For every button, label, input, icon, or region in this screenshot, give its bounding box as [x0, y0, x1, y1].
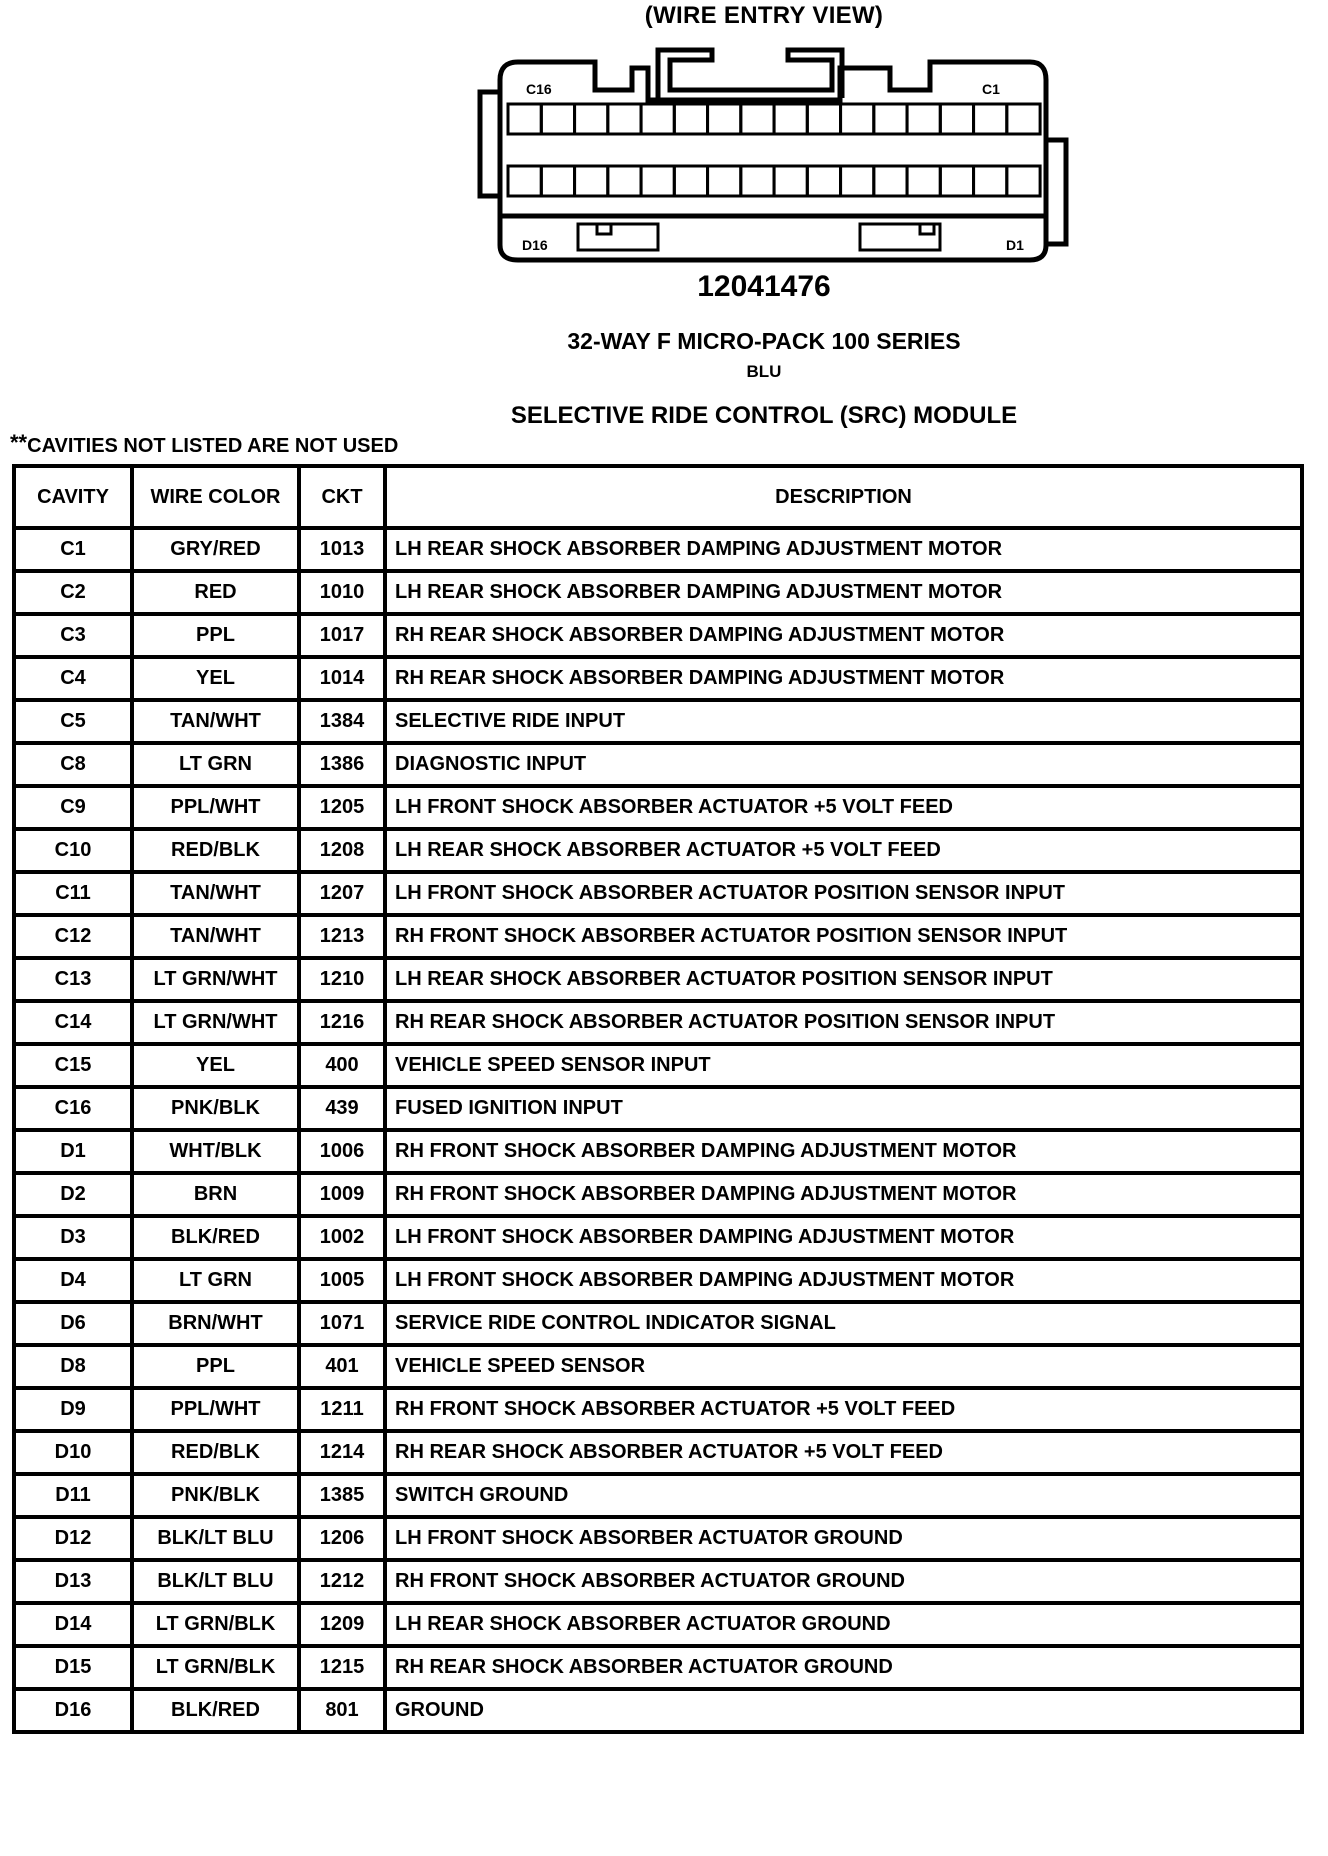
- cell-ckt: 1384: [299, 700, 385, 743]
- table-row: C4YEL1014RH REAR SHOCK ABSORBER DAMPING …: [14, 657, 1302, 700]
- cell-cavity: C9: [14, 786, 132, 829]
- label-d16: D16: [522, 237, 548, 253]
- table-row: D6BRN/WHT1071SERVICE RIDE CONTROL INDICA…: [14, 1302, 1302, 1345]
- note-asterisks: **: [10, 430, 27, 455]
- col-header-description: DESCRIPTION: [385, 466, 1302, 528]
- col-header-cavity: CAVITY: [14, 466, 132, 528]
- cell-description: LH FRONT SHOCK ABSORBER ACTUATOR POSITIO…: [385, 872, 1302, 915]
- cell-cavity: C8: [14, 743, 132, 786]
- cell-cavity: C12: [14, 915, 132, 958]
- cell-description: SWITCH GROUND: [385, 1474, 1302, 1517]
- cell-description: FUSED IGNITION INPUT: [385, 1087, 1302, 1130]
- cell-cavity: C11: [14, 872, 132, 915]
- cell-cavity: C15: [14, 1044, 132, 1087]
- cell-cavity: D4: [14, 1259, 132, 1302]
- cell-cavity: C5: [14, 700, 132, 743]
- cell-wire-color: BRN/WHT: [132, 1302, 299, 1345]
- cell-wire-color: BLK/LT BLU: [132, 1517, 299, 1560]
- label-d1: D1: [1006, 237, 1024, 253]
- table-row: D4LT GRN1005LH FRONT SHOCK ABSORBER DAMP…: [14, 1259, 1302, 1302]
- cell-ckt: 1215: [299, 1646, 385, 1689]
- cell-ckt: 400: [299, 1044, 385, 1087]
- cell-ckt: 1005: [299, 1259, 385, 1302]
- cell-wire-color: TAN/WHT: [132, 700, 299, 743]
- table-row: C11TAN/WHT1207LH FRONT SHOCK ABSORBER AC…: [14, 872, 1302, 915]
- cell-wire-color: LT GRN/WHT: [132, 1001, 299, 1044]
- table-row: D13BLK/LT BLU1212RH FRONT SHOCK ABSORBER…: [14, 1560, 1302, 1603]
- cell-description: LH REAR SHOCK ABSORBER ACTUATOR +5 VOLT …: [385, 829, 1302, 872]
- cell-cavity: C3: [14, 614, 132, 657]
- cell-cavity: D14: [14, 1603, 132, 1646]
- cell-ckt: 1214: [299, 1431, 385, 1474]
- cell-ckt: 1071: [299, 1302, 385, 1345]
- cell-wire-color: PPL/WHT: [132, 1388, 299, 1431]
- cell-ckt: 1013: [299, 528, 385, 571]
- cell-wire-color: LT GRN/BLK: [132, 1646, 299, 1689]
- pinout-table: CAVITY WIRE COLOR CKT DESCRIPTION C1GRY/…: [12, 464, 1304, 1734]
- cell-wire-color: RED/BLK: [132, 1431, 299, 1474]
- cell-wire-color: BLK/RED: [132, 1216, 299, 1259]
- cell-wire-color: PPL/WHT: [132, 786, 299, 829]
- cell-description: RH REAR SHOCK ABSORBER DAMPING ADJUSTMEN…: [385, 657, 1302, 700]
- note-text: CAVITIES NOT LISTED ARE NOT USED: [27, 435, 398, 457]
- cell-ckt: 1216: [299, 1001, 385, 1044]
- table-row: C14LT GRN/WHT1216RH REAR SHOCK ABSORBER …: [14, 1001, 1302, 1044]
- cell-description: SELECTIVE RIDE INPUT: [385, 700, 1302, 743]
- col-header-ckt: CKT: [299, 466, 385, 528]
- cell-description: LH REAR SHOCK ABSORBER DAMPING ADJUSTMEN…: [385, 528, 1302, 571]
- cell-ckt: 1002: [299, 1216, 385, 1259]
- cell-wire-color: BLK/RED: [132, 1689, 299, 1732]
- cell-wire-color: LT GRN: [132, 1259, 299, 1302]
- table-row: C15YEL400VEHICLE SPEED SENSOR INPUT: [14, 1044, 1302, 1087]
- cell-wire-color: BLK/LT BLU: [132, 1560, 299, 1603]
- cell-ckt: 1211: [299, 1388, 385, 1431]
- cell-description: LH FRONT SHOCK ABSORBER DAMPING ADJUSTME…: [385, 1259, 1302, 1302]
- cell-description: RH FRONT SHOCK ABSORBER DAMPING ADJUSTME…: [385, 1173, 1302, 1216]
- table-row: D10RED/BLK1214RH REAR SHOCK ABSORBER ACT…: [14, 1431, 1302, 1474]
- cell-description: RH REAR SHOCK ABSORBER ACTUATOR POSITION…: [385, 1001, 1302, 1044]
- table-row: D2BRN1009RH FRONT SHOCK ABSORBER DAMPING…: [14, 1173, 1302, 1216]
- cell-wire-color: RED/BLK: [132, 829, 299, 872]
- cell-wire-color: PPL: [132, 614, 299, 657]
- cell-ckt: 1207: [299, 872, 385, 915]
- cell-wire-color: YEL: [132, 657, 299, 700]
- table-row: D1WHT/BLK1006RH FRONT SHOCK ABSORBER DAM…: [14, 1130, 1302, 1173]
- cell-description: LH FRONT SHOCK ABSORBER ACTUATOR +5 VOLT…: [385, 786, 1302, 829]
- table-row: C13LT GRN/WHT1210LH REAR SHOCK ABSORBER …: [14, 958, 1302, 1001]
- cell-ckt: 1210: [299, 958, 385, 1001]
- cell-wire-color: LT GRN/WHT: [132, 958, 299, 1001]
- cell-description: VEHICLE SPEED SENSOR: [385, 1345, 1302, 1388]
- table-row: C10RED/BLK1208LH REAR SHOCK ABSORBER ACT…: [14, 829, 1302, 872]
- cell-ckt: 1009: [299, 1173, 385, 1216]
- cell-ckt: 1010: [299, 571, 385, 614]
- cell-ckt: 1213: [299, 915, 385, 958]
- cell-ckt: 1006: [299, 1130, 385, 1173]
- cell-ckt: 801: [299, 1689, 385, 1732]
- cell-wire-color: WHT/BLK: [132, 1130, 299, 1173]
- cell-description: LH FRONT SHOCK ABSORBER DAMPING ADJUSTME…: [385, 1216, 1302, 1259]
- cell-description: RH REAR SHOCK ABSORBER ACTUATOR GROUND: [385, 1646, 1302, 1689]
- cell-wire-color: LT GRN/BLK: [132, 1603, 299, 1646]
- cell-wire-color: TAN/WHT: [132, 915, 299, 958]
- cell-cavity: D2: [14, 1173, 132, 1216]
- cell-description: LH REAR SHOCK ABSORBER ACTUATOR GROUND: [385, 1603, 1302, 1646]
- cell-cavity: D9: [14, 1388, 132, 1431]
- cell-description: GROUND: [385, 1689, 1302, 1732]
- cell-cavity: C1: [14, 528, 132, 571]
- label-c16: C16: [526, 81, 552, 97]
- cell-ckt: 1206: [299, 1517, 385, 1560]
- cell-cavity: D15: [14, 1646, 132, 1689]
- table-row: C1GRY/RED1013LH REAR SHOCK ABSORBER DAMP…: [14, 528, 1302, 571]
- cell-cavity: D1: [14, 1130, 132, 1173]
- cell-ckt: 1205: [299, 786, 385, 829]
- cell-ckt: 401: [299, 1345, 385, 1388]
- connector-color: BLU: [0, 362, 1328, 382]
- table-row: D16BLK/RED801GROUND: [14, 1689, 1302, 1732]
- cell-wire-color: RED: [132, 571, 299, 614]
- module-title: SELECTIVE RIDE CONTROL (SRC) MODULE: [0, 402, 1328, 430]
- col-header-wire-color: WIRE COLOR: [132, 466, 299, 528]
- cell-wire-color: PNK/BLK: [132, 1087, 299, 1130]
- part-number: 12041476: [0, 270, 1328, 304]
- cell-description: LH REAR SHOCK ABSORBER ACTUATOR POSITION…: [385, 958, 1302, 1001]
- table-row: D9PPL/WHT1211RH FRONT SHOCK ABSORBER ACT…: [14, 1388, 1302, 1431]
- cell-description: LH FRONT SHOCK ABSORBER ACTUATOR GROUND: [385, 1517, 1302, 1560]
- cell-wire-color: PNK/BLK: [132, 1474, 299, 1517]
- cell-cavity: C16: [14, 1087, 132, 1130]
- cell-description: RH REAR SHOCK ABSORBER ACTUATOR +5 VOLT …: [385, 1431, 1302, 1474]
- cell-cavity: D10: [14, 1431, 132, 1474]
- cell-ckt: 1209: [299, 1603, 385, 1646]
- cell-cavity: C14: [14, 1001, 132, 1044]
- cell-cavity: C10: [14, 829, 132, 872]
- cell-cavity: C2: [14, 571, 132, 614]
- cell-ckt: 1386: [299, 743, 385, 786]
- cell-ckt: 1385: [299, 1474, 385, 1517]
- label-c1: C1: [982, 81, 1000, 97]
- cell-description: RH FRONT SHOCK ABSORBER ACTUATOR +5 VOLT…: [385, 1388, 1302, 1431]
- cell-cavity: D13: [14, 1560, 132, 1603]
- table-row: C9PPL/WHT1205LH FRONT SHOCK ABSORBER ACT…: [14, 786, 1302, 829]
- cell-wire-color: TAN/WHT: [132, 872, 299, 915]
- table-header-row: CAVITY WIRE COLOR CKT DESCRIPTION: [14, 466, 1302, 528]
- cell-description: SERVICE RIDE CONTROL INDICATOR SIGNAL: [385, 1302, 1302, 1345]
- table-row: C3PPL1017RH REAR SHOCK ABSORBER DAMPING …: [14, 614, 1302, 657]
- cell-wire-color: BRN: [132, 1173, 299, 1216]
- view-label: (WIRE ENTRY VIEW): [0, 2, 1328, 30]
- cell-description: RH REAR SHOCK ABSORBER DAMPING ADJUSTMEN…: [385, 614, 1302, 657]
- cell-wire-color: GRY/RED: [132, 528, 299, 571]
- cell-description: RH FRONT SHOCK ABSORBER ACTUATOR POSITIO…: [385, 915, 1302, 958]
- cell-wire-color: PPL: [132, 1345, 299, 1388]
- cell-cavity: C13: [14, 958, 132, 1001]
- table-row: C2RED1010LH REAR SHOCK ABSORBER DAMPING …: [14, 571, 1302, 614]
- cell-description: LH REAR SHOCK ABSORBER DAMPING ADJUSTMEN…: [385, 571, 1302, 614]
- table-row: C5TAN/WHT1384SELECTIVE RIDE INPUT: [14, 700, 1302, 743]
- table-row: D11PNK/BLK1385SWITCH GROUND: [14, 1474, 1302, 1517]
- cell-cavity: D6: [14, 1302, 132, 1345]
- cell-ckt: 1017: [299, 614, 385, 657]
- cell-ckt: 1208: [299, 829, 385, 872]
- table-row: D15LT GRN/BLK1215RH REAR SHOCK ABSORBER …: [14, 1646, 1302, 1689]
- cell-cavity: D3: [14, 1216, 132, 1259]
- table-row: D14LT GRN/BLK1209LH REAR SHOCK ABSORBER …: [14, 1603, 1302, 1646]
- cell-description: VEHICLE SPEED SENSOR INPUT: [385, 1044, 1302, 1087]
- table-row: D8PPL401VEHICLE SPEED SENSOR: [14, 1345, 1302, 1388]
- connector-diagram-icon: C16 C1 D16 D1: [470, 40, 1070, 270]
- cell-description: RH FRONT SHOCK ABSORBER DAMPING ADJUSTME…: [385, 1130, 1302, 1173]
- cell-ckt: 1212: [299, 1560, 385, 1603]
- table-row: C8LT GRN1386DIAGNOSTIC INPUT: [14, 743, 1302, 786]
- cell-ckt: 1014: [299, 657, 385, 700]
- cell-ckt: 439: [299, 1087, 385, 1130]
- cell-cavity: D11: [14, 1474, 132, 1517]
- cell-description: RH FRONT SHOCK ABSORBER ACTUATOR GROUND: [385, 1560, 1302, 1603]
- unused-cavities-note: **CAVITIES NOT LISTED ARE NOT USED: [10, 430, 398, 458]
- cell-wire-color: YEL: [132, 1044, 299, 1087]
- cell-cavity: D16: [14, 1689, 132, 1732]
- table-row: D3BLK/RED1002LH FRONT SHOCK ABSORBER DAM…: [14, 1216, 1302, 1259]
- table-row: C12TAN/WHT1213RH FRONT SHOCK ABSORBER AC…: [14, 915, 1302, 958]
- table-row: D12BLK/LT BLU1206LH FRONT SHOCK ABSORBER…: [14, 1517, 1302, 1560]
- table-row: C16PNK/BLK439FUSED IGNITION INPUT: [14, 1087, 1302, 1130]
- connector-series: 32-WAY F MICRO-PACK 100 SERIES: [0, 328, 1328, 355]
- cell-cavity: D12: [14, 1517, 132, 1560]
- cell-cavity: C4: [14, 657, 132, 700]
- cell-cavity: D8: [14, 1345, 132, 1388]
- cell-description: DIAGNOSTIC INPUT: [385, 743, 1302, 786]
- cell-wire-color: LT GRN: [132, 743, 299, 786]
